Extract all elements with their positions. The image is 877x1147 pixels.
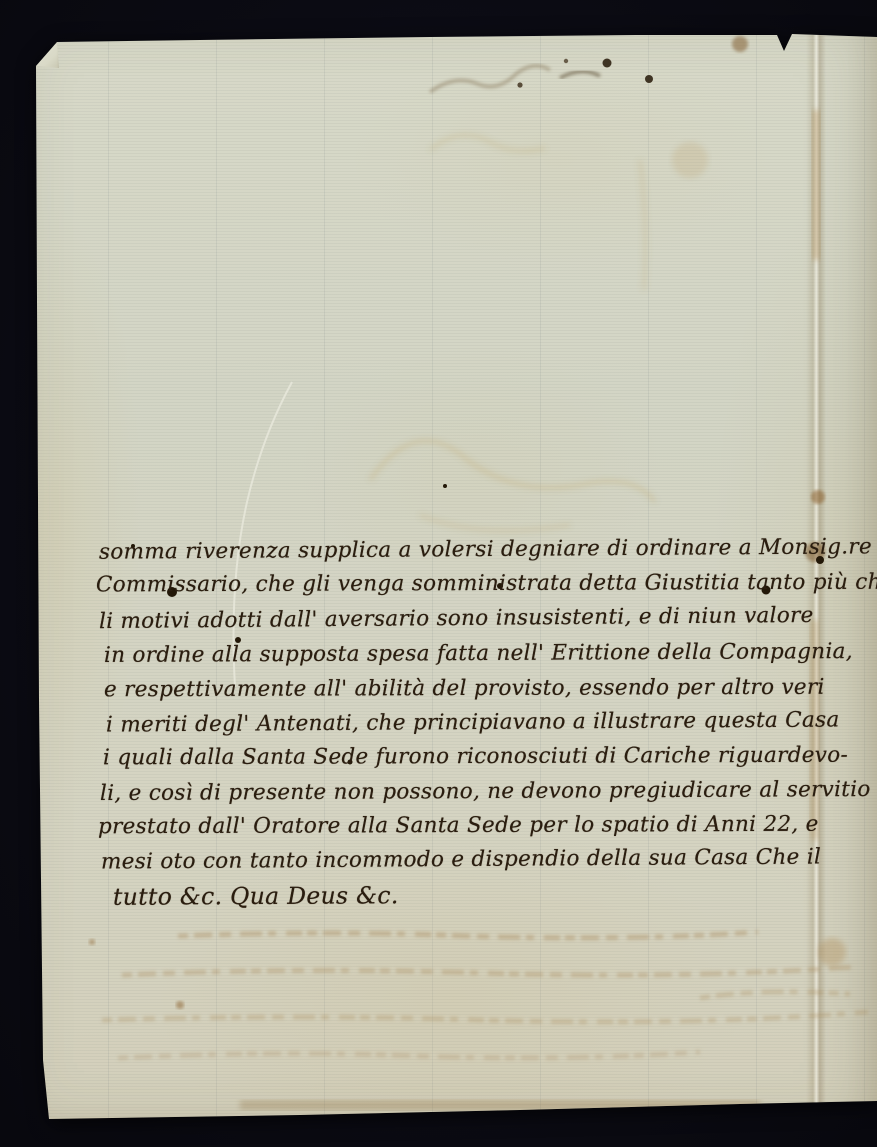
handwritten-line: mesi oto con tanto incommodo e dispendio… — [101, 844, 821, 875]
handwritten-line: li motivi adotti dall' aversario sono in… — [99, 603, 814, 635]
handwritten-line: in ordine alla supposta spesa fatta nell… — [104, 639, 853, 669]
handwritten-line: i meriti degl' Antenati, che principiava… — [106, 707, 840, 738]
handwritten-line: li, e così di presente non possono, ne d… — [100, 777, 871, 807]
handwritten-line: Commissario, che gli venga somministrata… — [96, 570, 877, 599]
handwritten-text: somma riverenza supplica a volersi degni… — [0, 0, 877, 1147]
photo-background: somma riverenza supplica a volersi degni… — [0, 0, 877, 1147]
handwritten-line: i quali dalla Santa Sede furono riconosc… — [103, 743, 848, 771]
handwritten-line: tutto &c. Qua Deus &c. — [113, 881, 399, 911]
handwritten-line: somma riverenza supplica a volersi degni… — [99, 534, 872, 565]
manuscript-page: somma riverenza supplica a volersi degni… — [0, 0, 877, 1147]
handwritten-line: prestato dall' Oratore alla Santa Sede p… — [98, 812, 819, 840]
handwritten-line: e respettivamente all' abilità del provi… — [104, 675, 825, 703]
paper-shadow: somma riverenza supplica a volersi degni… — [0, 0, 877, 1147]
